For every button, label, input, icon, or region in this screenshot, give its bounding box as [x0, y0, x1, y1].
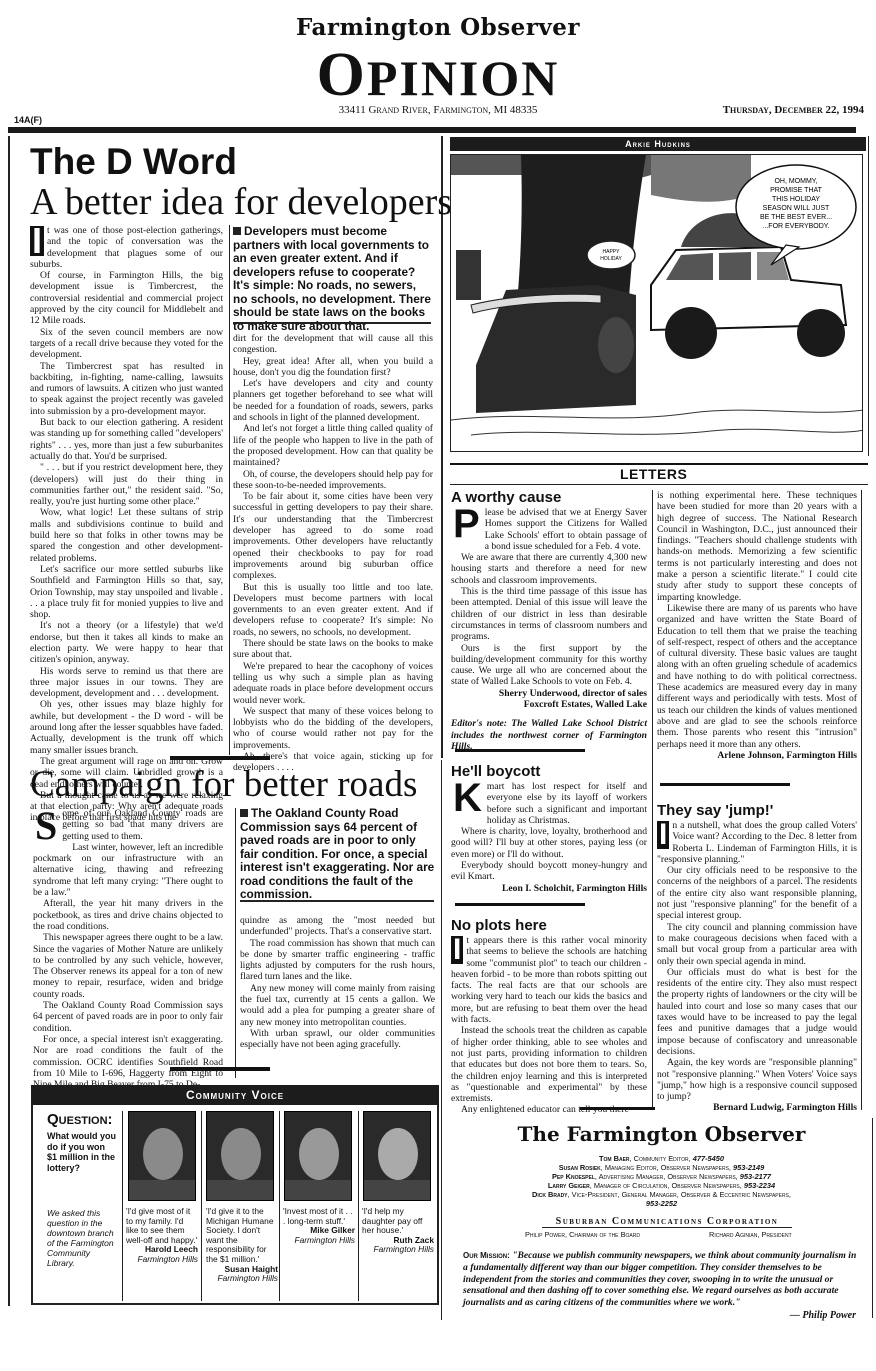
- question-note: We asked this question in the downtown b…: [47, 1208, 117, 1268]
- letter-signature: Foxcroft Estates, Walled Lake: [451, 699, 647, 710]
- svg-text:THIS HOLIDAY: THIS HOLIDAY: [772, 196, 820, 203]
- section-title-rest: PINION: [367, 50, 560, 106]
- inner-column-rule: [229, 225, 230, 755]
- column-divider-rule-lower: [441, 760, 442, 1320]
- roads-column-1: Some of our Oakland County roads are get…: [33, 808, 223, 1090]
- section-divider-bar: [170, 756, 270, 760]
- svg-text:BE THE BEST EVER...: BE THE BEST EVER...: [760, 214, 832, 221]
- editorial-kicker-headline: The D Word: [30, 143, 237, 181]
- cv-divider: [201, 1111, 202, 1301]
- corporation-name: Suburban Communications Corporation: [542, 1216, 792, 1228]
- letter-divider: [455, 903, 585, 906]
- letter-divider: [660, 783, 790, 786]
- letter-body: In a nutshell, what does the group calle…: [657, 820, 857, 1114]
- cartoon-artist-banner: Arkie Hudkins: [450, 137, 866, 151]
- respondent-quote: 'I'd give most of it to my family. I'd l…: [126, 1207, 198, 1265]
- right-border-rule: [868, 136, 869, 456]
- letters-section-label: LETTERS: [620, 466, 687, 482]
- staff-entry: Tom Baer, Community Editor, 477-5450: [447, 1154, 876, 1163]
- letter-body: Kmart has lost respect for itself and ev…: [451, 781, 647, 894]
- staff-entry: Susan Rosiek, Managing Editor, Observer …: [447, 1163, 876, 1172]
- community-voice-banner: Community Voice: [31, 1085, 439, 1105]
- cartoon-illustration-icon: HAPPY HOLIDAY OH, MOMMY, PROMISE THAT TH…: [451, 155, 863, 452]
- corporation-chairman: Philip Power, Chairman of the Board: [525, 1230, 640, 1239]
- roads-editorial-headline: Campaign for better roads: [30, 765, 417, 805]
- letter-headline: No plots here: [451, 918, 547, 934]
- dropcap: P: [451, 508, 482, 541]
- newspaper-masthead-name: Farmington Observer: [0, 14, 876, 41]
- staff-box: The Farmington Observer Tom Baer, Commun…: [447, 1118, 876, 1308]
- letter-divider: [455, 749, 585, 752]
- column-divider-rule: [441, 136, 443, 758]
- bullet-icon: [233, 227, 241, 235]
- staff-list: Tom Baer, Community Editor, 477-5450 Sus…: [447, 1154, 876, 1208]
- respondent-photo: [363, 1111, 431, 1201]
- letter-body: It appears there is this rather vocal mi…: [451, 935, 647, 1116]
- letter-headline: They say 'jump!': [657, 803, 773, 819]
- roads-column-2: quindre as among the "most needed but un…: [240, 915, 435, 1051]
- respondent-photo: [128, 1111, 196, 1201]
- community-voice-box: Question: What would you do if you won $…: [31, 1105, 439, 1305]
- dropcap: S: [33, 809, 59, 842]
- editorial-column-2: dirt for the development that will cause…: [233, 333, 433, 774]
- cv-divider: [122, 1111, 123, 1301]
- editor-note: Editor's note: The Walled Lake School Di…: [451, 718, 647, 752]
- dropcap: K: [451, 782, 484, 815]
- respondent-quote: 'I'd help my daughter pay off her house.…: [362, 1207, 434, 1255]
- staff-box-right-rule: [872, 1118, 873, 1318]
- letter-signature: Sherry Underwood, director of sales: [451, 688, 647, 699]
- letters-top-rule: [450, 463, 868, 465]
- staff-box-paper-name: The Farmington Observer: [447, 1122, 876, 1146]
- staff-entry: Pep Knoespel, Advertising Manager, Obser…: [447, 1172, 876, 1181]
- letter-divider: [580, 1107, 655, 1110]
- letter-body-continued: is nothing experimental here. These tech…: [657, 490, 857, 761]
- svg-text:PROMISE THAT: PROMISE THAT: [770, 187, 823, 194]
- letter-signature: Bernard Ludwig, Farmington Hills: [657, 1102, 857, 1113]
- svg-text:SEASON WILL JUST: SEASON WILL JUST: [763, 205, 830, 212]
- editorial-headline: A better idea for developers: [30, 182, 452, 222]
- letters-column-rule: [652, 490, 653, 1110]
- editorial-pull-quote: Developers must become partners with loc…: [233, 225, 433, 333]
- svg-text:...FOR EVERYBODY.: ...FOR EVERYBODY.: [762, 223, 829, 230]
- question-text: What would you do if you won $1 million …: [47, 1131, 117, 1173]
- pull-quote-rule: [240, 900, 434, 902]
- svg-text:OH, MOMMY,: OH, MOMMY,: [774, 178, 817, 185]
- dropcap: I: [657, 821, 669, 849]
- cv-divider: [279, 1111, 280, 1301]
- svg-text:HOLIDAY: HOLIDAY: [600, 256, 622, 262]
- mission-attribution: — Philip Power: [790, 1310, 856, 1321]
- roads-pull-quote: The Oakland County Road Commission says …: [240, 807, 435, 902]
- sign-text: HAPPY: [603, 249, 621, 255]
- corporation-president: Richard Aginian, President: [709, 1230, 792, 1239]
- editorial-column-1: It was one of those post-election gather…: [30, 225, 223, 824]
- section-divider-bar: [170, 1067, 270, 1071]
- respondent-quote: 'Invest most of it . . . long-term stuff…: [283, 1207, 355, 1245]
- masthead-date: Thursday, December 22, 1994: [723, 104, 864, 116]
- inner-column-rule: [235, 808, 236, 1078]
- section-title: OPINION: [0, 50, 876, 103]
- section-title-initial: O: [317, 41, 367, 109]
- letter-body: Please be advised that we at Energy Save…: [451, 507, 647, 752]
- pull-quote-rule: [233, 322, 431, 324]
- respondent-photo: [206, 1111, 274, 1201]
- masthead-rule: [8, 127, 856, 133]
- staff-entry: Larry Geiger, Manager of Circulation, Ob…: [447, 1181, 876, 1190]
- mission-statement: Our Mission: "Because we publish communi…: [463, 1250, 863, 1309]
- respondent-photo: [284, 1111, 352, 1201]
- dropcap: I: [30, 226, 44, 256]
- staff-entry: Dick Brady, Vice-President, General Mana…: [532, 1190, 792, 1208]
- letters-right-rule: [861, 490, 862, 1110]
- cv-divider: [358, 1111, 359, 1301]
- letters-rule: [450, 484, 868, 485]
- bullet-icon: [240, 809, 248, 817]
- question-label: Question:: [47, 1111, 113, 1128]
- page-number: 14A(F): [14, 115, 42, 125]
- letter-signature: Leon I. Scholchit, Farmington Hills: [451, 883, 647, 894]
- letter-signature: Arlene Johnson, Farmington Hills: [657, 750, 857, 761]
- editorial-cartoon: HAPPY HOLIDAY OH, MOMMY, PROMISE THAT TH…: [450, 154, 863, 452]
- dropcap: I: [451, 936, 463, 964]
- left-border-rule: [8, 136, 10, 1306]
- respondent-quote: 'I'd give it to the Michigan Humane Soci…: [206, 1207, 278, 1284]
